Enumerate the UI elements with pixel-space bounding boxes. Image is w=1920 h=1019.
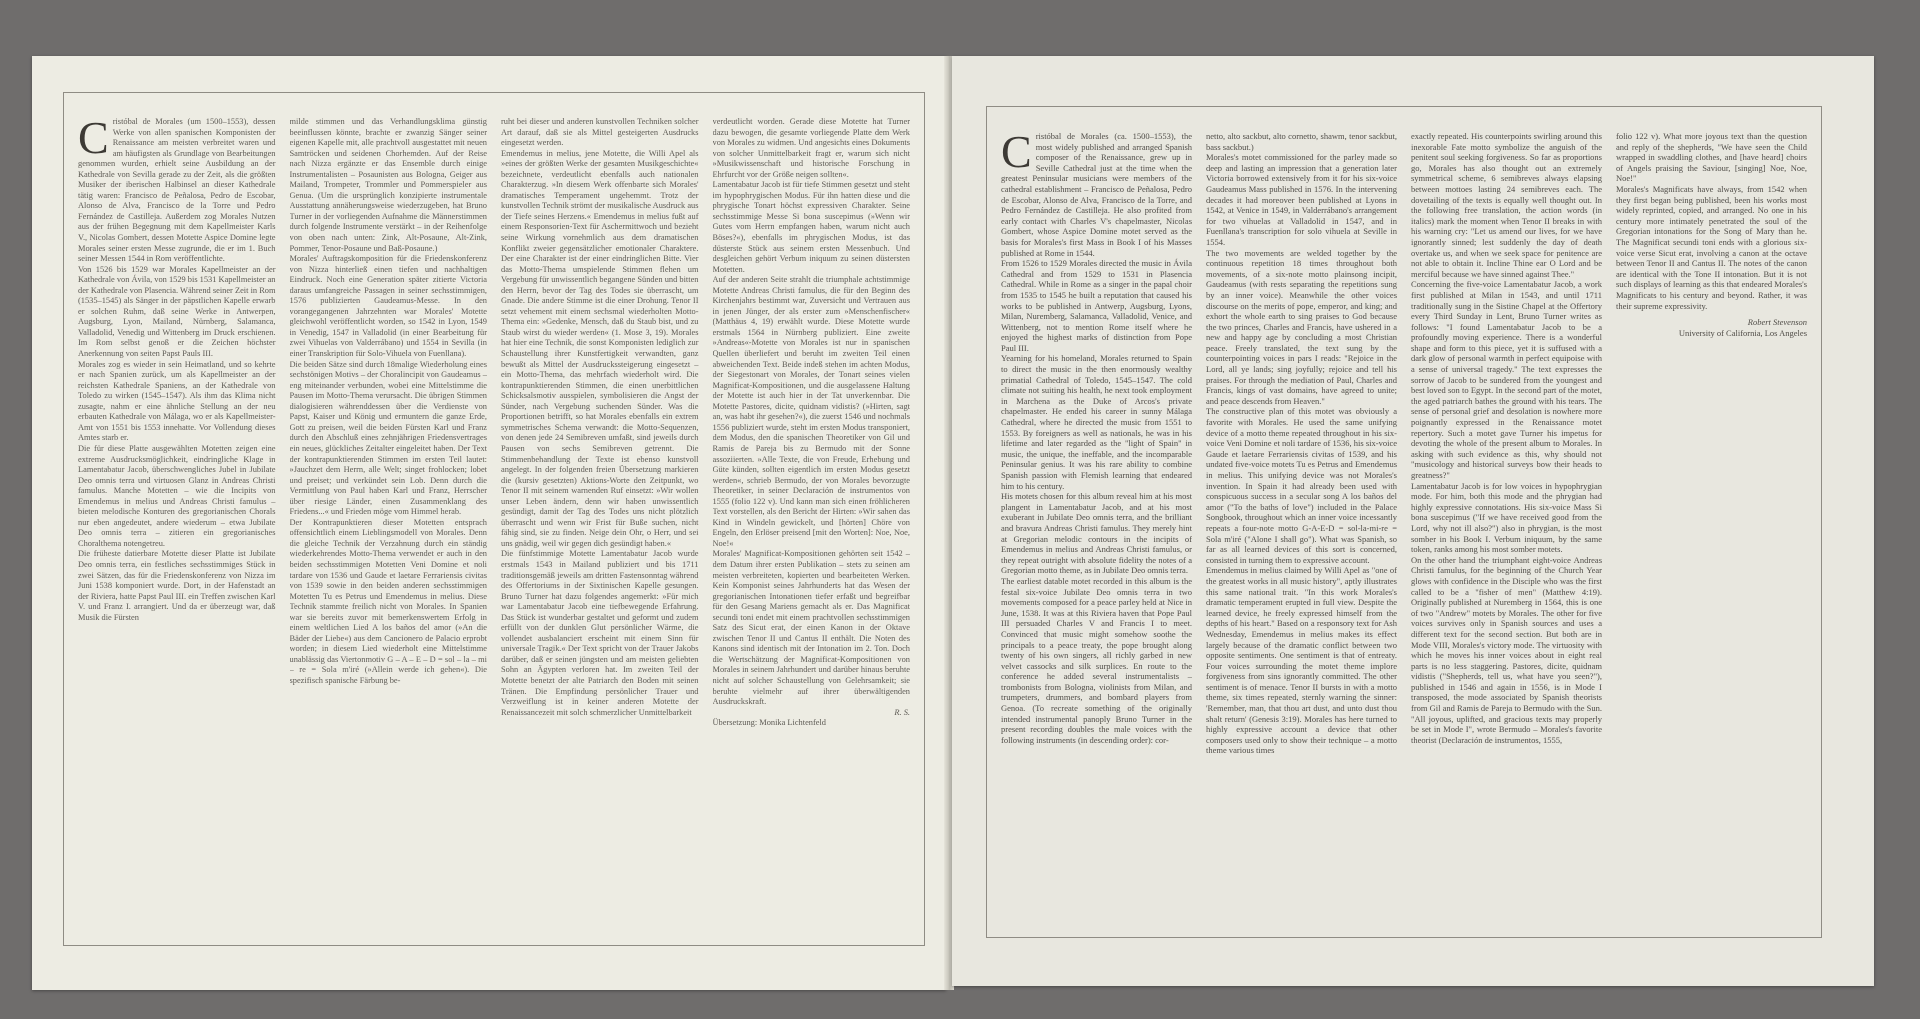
paragraph: Morales' Magnificat-Kompositionen gehört… [713,549,911,707]
author-affiliation: University of California, Los Angeles [1616,328,1807,339]
drop-cap: C [1001,133,1032,171]
paragraph: milde stimmen und das Verhandlungsklima … [290,117,488,254]
paragraph: His motets chosen for this album reveal … [1001,491,1192,576]
paragraph: verdeutlicht worden. Gerade diese Motett… [713,117,911,180]
english-column-3: exactly repeated. His counterpoints swir… [1411,131,1602,917]
paragraph: Lamentabatur Jacob ist für tiefe Stimmen… [713,180,911,275]
drop-cap: C [78,119,109,157]
paragraph: Morales's motet commissioned for the par… [1206,152,1397,247]
german-column-1: C ristóbal de Morales (um 1500–1553), de… [78,117,276,925]
english-column-4: folio 122 v). What more joyous text than… [1616,131,1807,917]
paragraph: exactly repeated. His counterpoints swir… [1411,131,1602,279]
paragraph: The earliest datable motet recorded in t… [1001,576,1192,746]
text-frame-german: C ristóbal de Morales (um 1500–1553), de… [63,92,925,946]
english-column-2: netto, alto sackbut, alto cornetto, shaw… [1206,131,1397,917]
paragraph: netto, alto sackbut, alto cornetto, shaw… [1206,131,1397,152]
paragraph: Lamentabatur Jacob is for low voices in … [1411,481,1602,555]
author-name: Robert Stevenson [1616,317,1807,328]
paragraph: Concerning the five-voice Lamentabatur J… [1411,279,1602,480]
german-column-3: ruht bei dieser und anderen kunstvollen … [501,117,699,925]
paragraph: Emendemus in melius, jene Motette, die W… [501,149,699,550]
paragraph: Die beiden Sätze sind durch 18malige Wie… [290,360,488,518]
left-page-german: C ristóbal de Morales (um 1500–1553), de… [32,56,946,990]
paragraph: folio 122 v). What more joyous text than… [1616,131,1807,184]
paragraph: Emendemus in melius claimed by Willi Ape… [1206,565,1397,756]
paragraph: Auf der anderen Seite strahlt die triump… [713,275,911,549]
paragraph: ruht bei dieser und anderen kunstvollen … [501,117,699,149]
paragraph: On the other hand the triumphant eight-v… [1411,555,1602,746]
paragraph: The constructive plan of this motet was … [1206,406,1397,565]
right-page-english: C ristóbal de Morales (ca. 1500–1553), t… [952,56,1874,986]
paragraph: Morales's Magnificats have always, from … [1616,184,1807,311]
paragraph: Von 1526 bis 1529 war Morales Kapellmeis… [78,265,276,360]
text-frame-english: C ristóbal de Morales (ca. 1500–1553), t… [986,106,1822,938]
paragraph: Die für diese Platte ausgewählten Motett… [78,444,276,549]
author-initials: R. S. [713,708,911,719]
paragraph: Die fünfstimmige Motette Lamentabatur Ja… [501,549,699,718]
translator-credit: Übersetzung: Monika Lichtenfeld [713,718,911,729]
german-column-2: milde stimmen und das Verhandlungsklima … [290,117,488,925]
paragraph: Yearning for his homeland, Morales retur… [1001,353,1192,491]
author-signature: Robert Stevenson University of Californi… [1616,317,1807,338]
paragraph: The two movements are welded together by… [1206,248,1397,407]
paragraph: From 1526 to 1529 Morales directed the m… [1001,258,1192,353]
paragraph: Morales zog es wieder in sein Heimatland… [78,360,276,444]
paragraph: Morales' Auftragskomposition für die Fri… [290,254,488,359]
english-column-1: C ristóbal de Morales (ca. 1500–1553), t… [1001,131,1192,917]
german-column-4: verdeutlicht worden. Gerade diese Motett… [713,117,911,925]
paragraph: Der Kontrapunktieren dieser Motetten ent… [290,518,488,687]
paragraph: Die früheste datierbare Motette dieser P… [78,549,276,623]
